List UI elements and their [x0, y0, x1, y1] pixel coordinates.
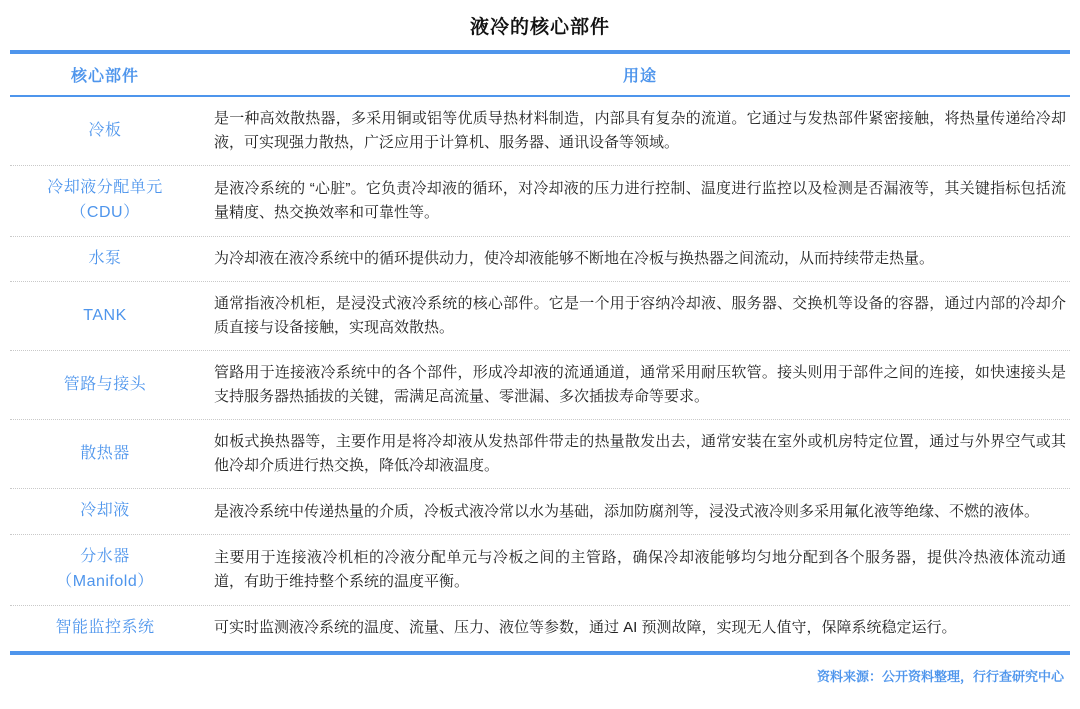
component-name: 冷板: [10, 119, 200, 144]
usage-text: 通常指液冷机柜，是浸没式液冷系统的核心部件。它是一个用于容纳冷却液、服务器、交换…: [200, 292, 1070, 340]
usage-text: 可实时监测液冷系统的温度、流量、压力、液位等参数，通过 AI 预测故障，实现无人…: [200, 616, 1070, 640]
table-row: 冷板 是一种高效散热器，多采用铜或铝等优质导热材料制造，内部具有复杂的流道。它通…: [10, 97, 1070, 166]
usage-text: 管路用于连接液冷系统中的各个部件，形成冷却液的流通通道，通常采用耐压软管。接头则…: [200, 361, 1070, 409]
component-name: 散热器: [10, 442, 200, 467]
usage-text: 主要用于连接液冷机柜的冷液分配单元与冷板之间的主管路，确保冷却液能够均匀地分配到…: [200, 546, 1070, 594]
component-name: 冷却液: [10, 499, 200, 524]
component-name: 水泵: [10, 247, 200, 272]
table-row: 分水器 （Manifold） 主要用于连接液冷机柜的冷液分配单元与冷板之间的主管…: [10, 535, 1070, 606]
component-name: 冷却液分配单元 （CDU）: [10, 176, 200, 226]
header-usage: 用途: [200, 63, 1070, 86]
components-table: 核心部件 用途 冷板 是一种高效散热器，多采用铜或铝等优质导热材料制造，内部具有…: [10, 50, 1070, 655]
header-component: 核心部件: [10, 63, 200, 86]
component-name: 管路与接头: [10, 373, 200, 398]
table-row: 智能监控系统 可实时监测液冷系统的温度、流量、压力、液位等参数，通过 AI 预测…: [10, 606, 1070, 651]
usage-text: 是一种高效散热器，多采用铜或铝等优质导热材料制造，内部具有复杂的流道。它通过与发…: [200, 107, 1070, 155]
page-title: 液冷的核心部件: [10, 0, 1070, 50]
component-name: TANK: [10, 304, 200, 329]
table-row: 管路与接头 管路用于连接液冷系统中的各个部件，形成冷却液的流通通道，通常采用耐压…: [10, 351, 1070, 420]
component-name: 智能监控系统: [10, 616, 200, 641]
table-row: 散热器 如板式换热器等，主要作用是将冷却液从发热部件带走的热量散发出去，通常安装…: [10, 420, 1070, 489]
table-row: 水泵 为冷却液在液冷系统中的循环提供动力，使冷却液能够不断地在冷板与换热器之间流…: [10, 237, 1070, 283]
usage-text: 为冷却液在液冷系统中的循环提供动力，使冷却液能够不断地在冷板与换热器之间流动，从…: [200, 247, 1070, 271]
component-name: 分水器 （Manifold）: [10, 545, 200, 595]
usage-text: 是液冷系统中传递热量的介质，冷板式液冷常以水为基础，添加防腐剂等，浸没式液冷则多…: [200, 500, 1070, 524]
source-note: 资料来源：公开资料整理，行行查研究中心: [10, 655, 1070, 685]
usage-text: 是液冷系统的 “心脏”。它负责冷却液的循环，对冷却液的压力进行控制、温度进行监控…: [200, 177, 1070, 225]
usage-text: 如板式换热器等，主要作用是将冷却液从发热部件带走的热量散发出去，通常安装在室外或…: [200, 430, 1070, 478]
table-row: TANK 通常指液冷机柜，是浸没式液冷系统的核心部件。它是一个用于容纳冷却液、服…: [10, 282, 1070, 351]
table-row: 冷却液分配单元 （CDU） 是液冷系统的 “心脏”。它负责冷却液的循环，对冷却液…: [10, 166, 1070, 237]
report-figure: 液冷的核心部件 核心部件 用途 冷板 是一种高效散热器，多采用铜或铝等优质导热材…: [0, 0, 1080, 709]
table-header-row: 核心部件 用途: [10, 54, 1070, 97]
table-row: 冷却液 是液冷系统中传递热量的介质，冷板式液冷常以水为基础，添加防腐剂等，浸没式…: [10, 489, 1070, 535]
